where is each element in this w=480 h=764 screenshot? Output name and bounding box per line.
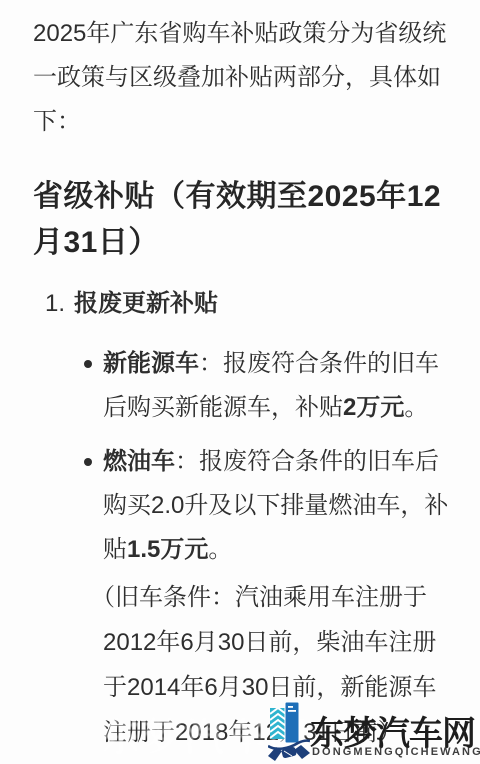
intro-paragraph: 2025年广东省购车补贴政策分为省级统 一政策与区级叠加补贴两部分，具体如 下： — [33, 12, 480, 144]
note-line: 2012年6月30日前，柴油车注册 — [103, 620, 480, 665]
bullet-term: 新能源车 — [103, 350, 199, 377]
section-heading-line: 月31日） — [33, 220, 480, 266]
subsection-number: 1. — [45, 290, 65, 317]
bullet-dot-icon — [84, 458, 92, 466]
bullet-text: 。 — [208, 536, 232, 563]
intro-line: 2025年广东省购车补贴政策分为省级统 — [33, 12, 480, 56]
bullet-text: ：报废符合条件的旧车后 — [175, 448, 439, 475]
bullet-text: 购买2.0升及以下排量燃油车，补 — [103, 492, 448, 519]
intro-line: 下： — [33, 100, 480, 144]
note-line: （旧车条件：汽油乘用车注册于 — [91, 575, 480, 620]
site-watermark: 东梦汽车网 DONGMENGQICHEWANG — [268, 699, 480, 764]
dongmeng-logo-icon — [268, 699, 310, 764]
bullet-item-new-energy: 新能源车：报废符合条件的旧车 后购买新能源车，补贴2万元。 — [103, 342, 480, 430]
bullet-text: 贴 — [103, 536, 127, 563]
section-heading: 省级补贴（有效期至2025年12 月31日） — [33, 174, 480, 266]
bullet-line: 新能源车：报废符合条件的旧车 — [103, 342, 480, 386]
bullet-term: 燃油车 — [103, 448, 175, 475]
bullet-line: 贴1.5万元。 — [103, 528, 480, 572]
subsidy-amount: 1.5万元 — [127, 536, 208, 563]
bullet-item-fuel-car: 燃油车：报废符合条件的旧车后 购买2.0升及以下排量燃油车，补 贴1.5万元。 — [103, 440, 480, 572]
bullet-dot-icon — [84, 360, 92, 368]
intro-line: 一政策与区级叠加补贴两部分，具体如 — [33, 56, 480, 100]
bullet-line: 购买2.0升及以下排量燃油车，补 — [103, 484, 480, 528]
bullet-line: 燃油车：报废符合条件的旧车后 — [103, 440, 480, 484]
subsection-title: 1.报废更新补贴 — [45, 282, 480, 326]
subsidy-amount: 2万元 — [343, 394, 404, 421]
watermark-site-pinyin: DONGMENGQICHEWANG — [312, 746, 480, 758]
bullet-list: 新能源车：报废符合条件的旧车 后购买新能源车，补贴2万元。 燃油车：报废符合条件… — [103, 342, 480, 572]
bullet-text: 后购买新能源车，补贴 — [103, 394, 343, 421]
teal-building-icon — [270, 708, 286, 739]
blue-building-icon — [285, 702, 299, 743]
section-heading-line: 省级补贴（有效期至2025年12 — [33, 174, 480, 220]
article-page: 2025年广东省购车补贴政策分为省级统 一政策与区级叠加补贴两部分，具体如 下：… — [0, 0, 480, 764]
bullet-line: 后购买新能源车，补贴2万元。 — [103, 386, 480, 430]
bullet-text: ：报废符合条件的旧车 — [199, 350, 439, 377]
bullet-text: 。 — [404, 394, 428, 421]
subsection-title-text: 报废更新补贴 — [74, 290, 218, 317]
